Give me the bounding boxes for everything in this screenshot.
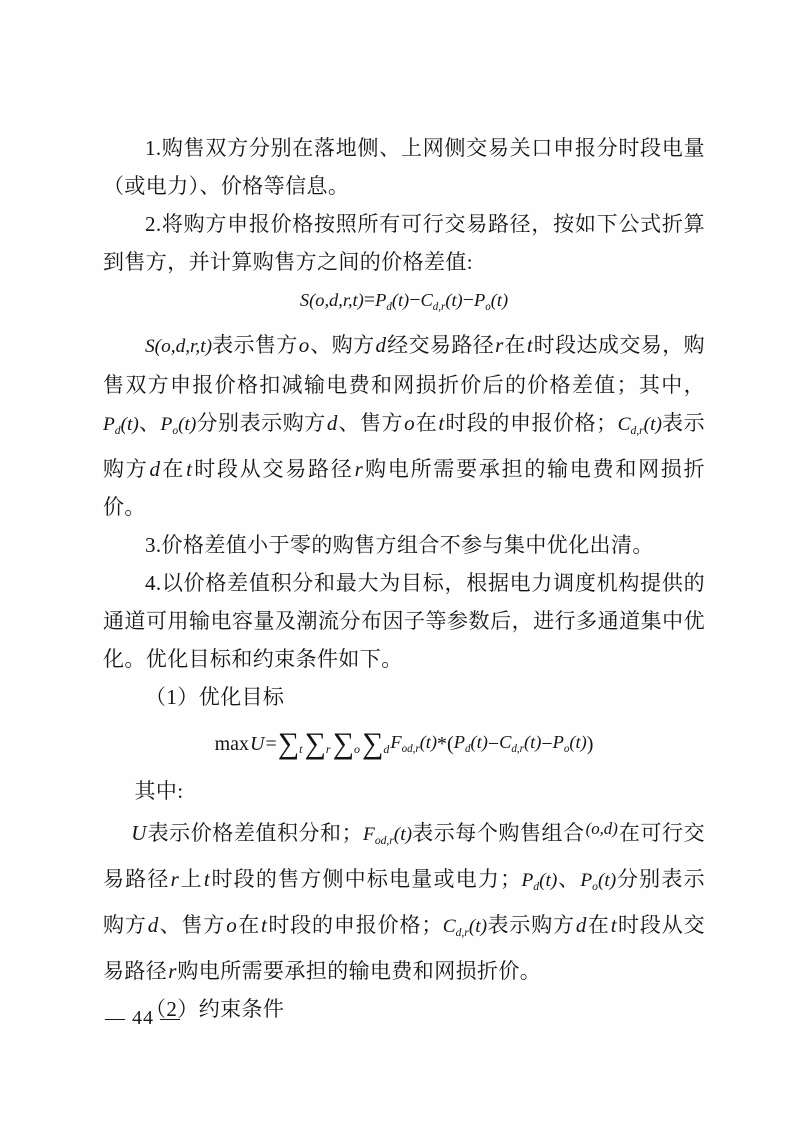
text-segment: 表示每个购售组合	[412, 821, 585, 845]
math-subscript: od,r	[375, 834, 394, 847]
math-subscript: od,r	[402, 743, 420, 755]
text-segment: 时段的申报价格；	[268, 913, 443, 937]
math-fragment: Fod,r(t)	[390, 733, 437, 755]
summation-symbol: ∑r	[305, 729, 331, 759]
math-fragment: Cd,r(t)	[420, 290, 462, 310]
math-fragment: Cd,r(t)	[499, 733, 541, 755]
document-body: 1.购售双方分别在落地侧、上网侧交易关口申报分时段电量（或电力）、价格等信息。 …	[103, 0, 705, 1028]
math-base: S	[300, 290, 309, 310]
text-segment: 购电所需要承担的输电费和网损折价。	[177, 959, 541, 983]
text-segment: 、售方	[159, 913, 225, 937]
math-base: S	[145, 336, 155, 357]
text-segment: 经交易路径	[387, 333, 494, 357]
math-variable: U	[130, 821, 147, 845]
text-segment: 在	[416, 411, 438, 435]
para-step2-conversion: 2.将购方申报价格按照所有可行交易路径，按如下公式折算到售方，并计算购售方之间的…	[103, 205, 705, 281]
math-variable: U	[249, 734, 265, 754]
math-variable: d	[149, 457, 162, 481]
para-among-which: 其中:	[103, 772, 705, 810]
text-segment: 、购方	[310, 333, 374, 357]
para-step3-exclusion: 3.价格差值小于零的购售方组合不参与集中优化出清。	[103, 526, 705, 564]
math-base: F	[363, 824, 375, 845]
text-segment: 在	[161, 457, 185, 481]
math-fragment: Cd,r(t)	[443, 916, 487, 937]
para-step1-declaration: 1.购售双方分别在落地侧、上网侧交易关口申报分时段电量（或电力）、价格等信息。	[103, 129, 705, 205]
math-variable: o	[298, 333, 311, 357]
math-arguments: (t)	[469, 916, 487, 937]
math-variable: r	[494, 333, 504, 357]
text-segment: −	[409, 289, 420, 311]
text-segment: max	[215, 734, 249, 754]
math-variable: t	[203, 867, 211, 891]
math-fragment: Po(t)	[553, 733, 587, 755]
text-segment: 分别表示购方	[196, 411, 325, 435]
math-base: P	[454, 732, 465, 752]
text-segment: 时段从交易路径	[193, 457, 354, 481]
summation-index: d	[383, 742, 389, 756]
text-segment: =	[364, 289, 375, 311]
text-segment: )	[587, 734, 594, 754]
math-base: C	[443, 916, 456, 937]
math-fragment: Pd(t)	[103, 414, 139, 435]
sigma-icon: ∑	[305, 727, 326, 760]
summation-index: t	[299, 742, 302, 756]
math-arguments: (o,d,r,t)	[309, 290, 364, 310]
math-fragment: Fod,r(t)	[363, 824, 412, 845]
math-variable: t	[437, 411, 445, 435]
sigma-icon: ∑	[333, 727, 354, 760]
summation-symbol: ∑d	[362, 729, 389, 759]
math-variable: o	[403, 411, 416, 435]
text-segment: 在	[504, 333, 525, 357]
math-subscript: d,r	[456, 926, 469, 939]
math-fragment: Po(t)	[580, 870, 616, 891]
math-fragment: Pd(t)	[454, 733, 488, 755]
formula-objective-function: maxU=∑t∑r∑o∑d Fod,r(t)*(Pd(t)−Cd,r(t)−Po…	[103, 716, 705, 772]
para-s-definition: S(o,d,r,t)表示售方o、购方d经交易路径r在t时段达成交易，购售双方申报…	[103, 326, 705, 526]
math-variable: o	[225, 913, 238, 937]
math-variable: r	[167, 959, 177, 983]
math-base: P	[580, 870, 592, 891]
math-arguments: (t)	[121, 414, 139, 435]
math-variable: t	[610, 913, 618, 937]
math-arguments: (t)	[569, 732, 586, 752]
text-segment: 在	[238, 913, 260, 937]
para-step4-optimization: 4.以价格差值积分和最大为目标，根据电力调度机构提供的通道可用输电容量及潮流分布…	[103, 564, 705, 678]
math-base: C	[420, 290, 432, 310]
text-segment: 时段的售方侧中标电量或电力；	[211, 867, 522, 891]
math-fragment: Po(t)	[474, 290, 508, 310]
text-segment: 、售方	[338, 411, 403, 435]
sigma-icon: ∑	[362, 727, 383, 760]
math-base: P	[474, 290, 485, 310]
text-segment: −	[541, 734, 552, 754]
sigma-icon: ∑	[278, 727, 299, 760]
text-segment: 表示购方	[487, 913, 575, 937]
text-segment: −	[488, 734, 499, 754]
summation-symbol: ∑o	[333, 729, 360, 759]
math-variable: t	[526, 333, 534, 357]
math-fragment: Pd(t)	[522, 870, 558, 891]
text-segment: 在	[587, 913, 609, 937]
formula-price-difference: S(o,d,r,t)=Pd(t)−Cd,r(t)−Po(t)	[103, 281, 705, 326]
math-variable: d	[326, 411, 339, 435]
math-fragment: Pd(t)	[375, 290, 409, 310]
math-variable: d	[575, 913, 588, 937]
math-variable: t	[260, 913, 268, 937]
math-arguments: (t)	[598, 870, 616, 891]
math-subscript: d,r	[630, 424, 643, 437]
math-fragment: Cd,r(t)	[618, 414, 662, 435]
summation-symbol: ∑t	[278, 729, 303, 759]
page-number: — 44 —	[105, 1007, 181, 1030]
math-variable: r	[354, 457, 364, 481]
math-arguments: (t)	[470, 732, 487, 752]
text-segment: −	[463, 289, 474, 311]
math-base: C	[618, 414, 631, 435]
math-base: P	[103, 414, 115, 435]
math-arguments: (o,d,r,t)	[155, 336, 212, 357]
math-arguments: (t)	[539, 870, 557, 891]
math-arguments: (t)	[392, 290, 409, 310]
math-base: P	[522, 870, 534, 891]
text-segment: 表示售方	[212, 333, 298, 357]
math-variable: d	[375, 333, 388, 357]
math-fragment: Po(t)	[161, 414, 197, 435]
math-base: P	[375, 290, 386, 310]
math-arguments: (t)	[491, 290, 508, 310]
text-segment: 时段的申报价格；	[445, 411, 617, 435]
text-segment: 表示价格差值积分和；	[147, 821, 363, 845]
text-segment: 、	[557, 867, 580, 891]
math-arguments: (t)	[420, 732, 437, 752]
math-base: P	[553, 732, 564, 752]
math-arguments: (t)	[445, 290, 462, 310]
text-segment: 、	[139, 411, 161, 435]
math-variable: r	[170, 867, 180, 891]
math-arguments: (t)	[178, 414, 196, 435]
text-segment: =	[266, 734, 277, 754]
math-subscript: d,r	[511, 743, 524, 755]
para-variable-definitions: U表示价格差值积分和；Fod,r(t)表示每个购售组合(o,d)在可行交易路径r…	[103, 810, 705, 990]
math-fragment: S(o,d,r,t)	[145, 336, 212, 357]
math-fragment: S(o,d,r,t)	[300, 290, 364, 310]
summation-index: o	[354, 742, 360, 756]
text-segment: 上	[180, 867, 203, 891]
math-variable-raised: (o,d)	[585, 819, 619, 838]
math-variable: d	[147, 913, 160, 937]
math-base: F	[390, 732, 401, 752]
text-segment: *(	[437, 734, 454, 754]
math-arguments: (t)	[524, 732, 541, 752]
summation-index: r	[326, 742, 331, 756]
math-subscript: d,r	[433, 301, 446, 313]
math-base: C	[499, 732, 511, 752]
heading-constraints: （2）约束条件	[103, 990, 705, 1028]
document-page: 1.购售双方分别在落地侧、上网侧交易关口申报分时段电量（或电力）、价格等信息。 …	[0, 0, 800, 1131]
math-base: P	[161, 414, 173, 435]
math-arguments: (t)	[394, 824, 412, 845]
math-arguments: (t)	[644, 414, 662, 435]
heading-optimization-objective: （1）优化目标	[103, 678, 705, 716]
math-variable: t	[185, 457, 193, 481]
